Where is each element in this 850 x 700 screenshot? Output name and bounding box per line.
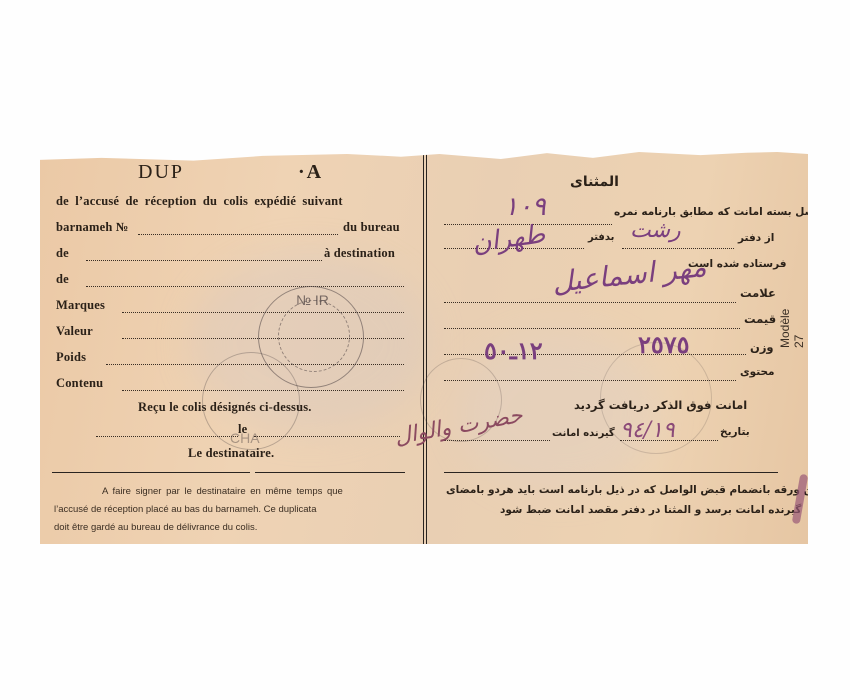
label-weight-fa: وزن [750,340,774,354]
label-contenu: Contenu [56,376,103,391]
handwritten-origin: رشت [630,218,681,243]
handwritten-date: ٩٤/١٩ [620,418,675,443]
postmark-text-faint: CHA [230,430,260,446]
footnote-line-1: A faire signer par le destinataire en mê… [102,486,343,497]
footnote-fa-line-1: این ورقه بانضمام قبض الواصل که در ذیل با… [446,484,821,496]
label-value-fa: قیمت [744,312,776,326]
field-marks-fa[interactable] [444,302,736,303]
intro-text: de l’accusé de réception du colis expédi… [56,194,343,209]
handwritten-destination: طهران [470,219,547,259]
label-de-1: de [56,246,69,261]
label-marques: Marques [56,298,105,313]
title-right: ·A [298,161,323,184]
label-content-fa: محتوی [740,366,775,378]
label-destination: à destination [324,246,395,261]
label-de-2: de [56,272,69,287]
label-barnameh: barnameh № [56,220,129,235]
persian-line-1: الواصل بسته امانت که مطابق بارنامه نمره [614,206,833,218]
field-value-fa[interactable] [444,328,740,329]
separator-rule [52,472,250,473]
handwritten-number: ١٠٩ [504,192,546,222]
separator-rule [255,472,405,473]
label-receiver-fa: گیرنده امانت [552,428,615,439]
footnote-line-3: doit être gardé au bureau de délivrance … [54,522,257,533]
field-barnameh[interactable] [138,234,338,235]
document-sheet: DUP ·A de l’accusé de réception du colis… [40,152,808,544]
model-number: Modèle 27 [778,309,806,348]
label-date-fa: بتاریخ [720,426,750,438]
persian-line-2a: از دفتر [738,232,774,244]
handwritten-value: ١٢ـ٥٠ [484,336,543,365]
handwritten-weight: ٢٥٧٥ [638,330,690,359]
separator-rule-fa [444,472,778,473]
postmark-text: № IR [296,292,329,308]
field-de-2[interactable] [86,286,404,287]
label-valeur: Valeur [56,324,93,339]
persian-line-2b: بدفتر [588,232,614,243]
footnote-line-2: l’accusé de réception placé au bas du ba… [54,504,316,515]
title-persian: المثنای [570,174,619,190]
label-marks-fa: علامت [740,286,776,300]
label-poids: Poids [56,350,86,365]
field-origin[interactable] [622,248,734,249]
column-divider [423,152,427,544]
label-du-bureau: du bureau [343,220,400,235]
footnote-fa-line-2: گیرنده امانت برسد و المثنا در دفتر مقصد … [500,504,801,516]
ink-mark [792,474,809,525]
field-de-1[interactable] [86,260,322,261]
handwritten-marks: مهر اسماعیل [551,250,708,299]
title-left: DUP [138,161,184,184]
postmark-inner-ring [278,300,350,372]
